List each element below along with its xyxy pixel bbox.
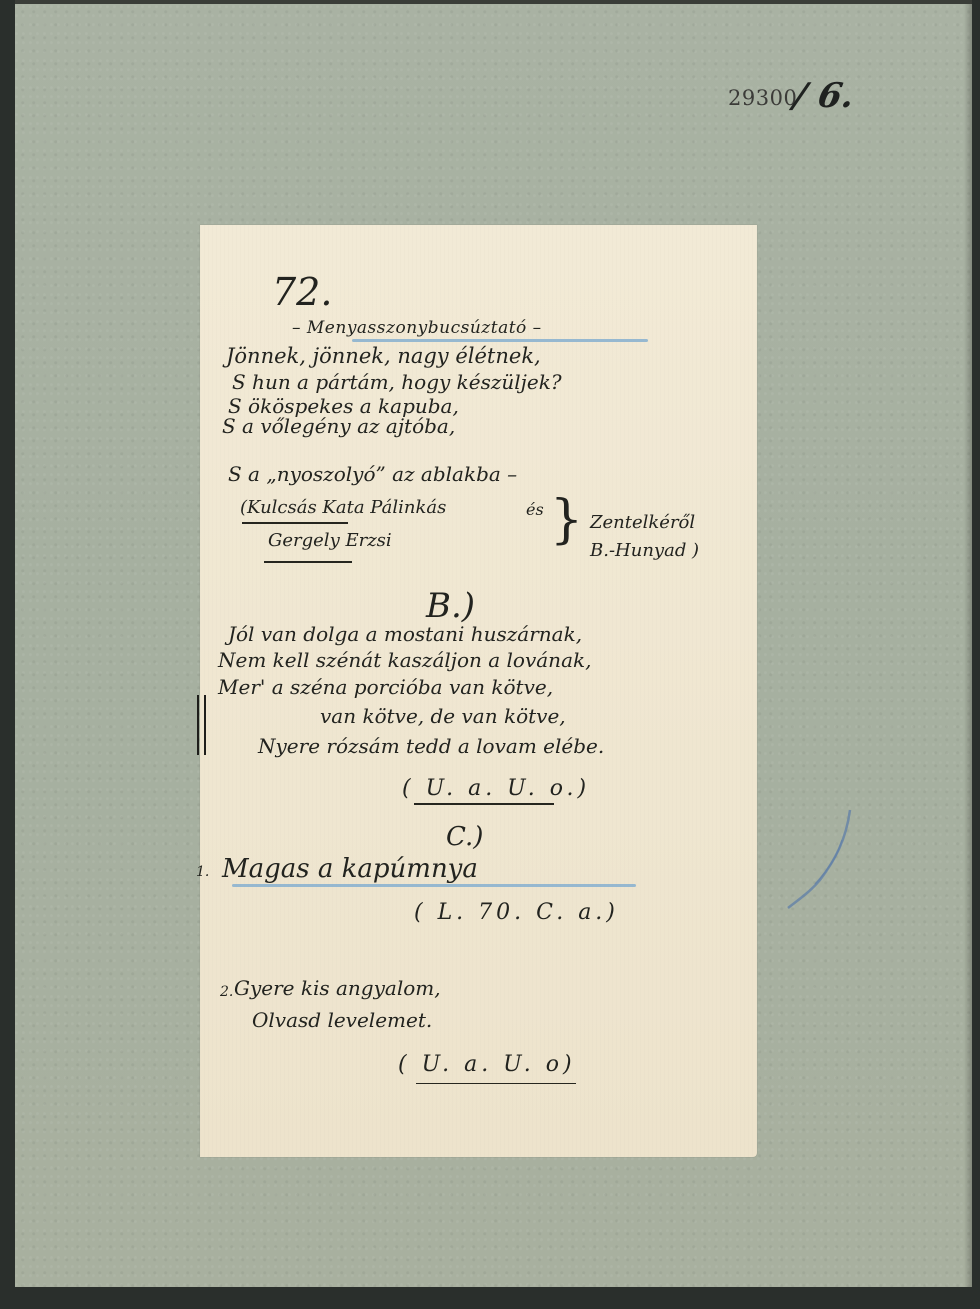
item-1-reference: ( L. 70. C. a.) — [414, 900, 619, 925]
section-a-title: – Menyasszonybucsúztató – — [292, 318, 542, 338]
verse-line: van kötve, de van kötve, — [320, 704, 566, 728]
verse-line: Nyere rózsám tedd a lovam elébe. — [258, 734, 604, 758]
repeat-mark-bar — [197, 695, 199, 755]
source-conjunction: és — [526, 500, 544, 519]
section-b-source-underline — [414, 803, 554, 805]
verse-line: S a „nyoszolyó” az ablakba – — [228, 462, 517, 486]
source-informant-2: Gergely Erzsi — [268, 530, 392, 551]
item-1-blue-underline — [232, 884, 636, 887]
catalog-number-suffix: / 6. — [790, 76, 857, 116]
item-2-line-1: Gyere kis angyalom, — [234, 976, 441, 1000]
item-1-title: Magas a kapúmnya — [222, 854, 478, 884]
section-c-label: C.) — [446, 822, 483, 852]
item-2-source-underline — [416, 1083, 576, 1084]
item-2-source: ( U. a. U. o) — [398, 1052, 576, 1077]
section-b-source: ( U. a. U. o.) — [402, 776, 590, 801]
catalog-number-stamp: 29300 — [728, 86, 797, 110]
section-b-label: B.) — [426, 586, 475, 626]
verse-line: S hun a pártám, hogy készüljek? — [232, 370, 562, 394]
verse-line: Mer' a széna porcióba van kötve, — [218, 675, 553, 699]
title-blue-underline — [352, 339, 648, 342]
verse-line: Jönnek, jönnek, nagy élétnek, — [226, 344, 541, 368]
item-2-line-2: Olvasd levelemet. — [252, 1008, 432, 1032]
source-informant-1: (Kulcsás Kata Pálinkás — [240, 497, 446, 518]
source-place-2: B.-Hunyad ) — [590, 540, 699, 561]
verse-line: Nem kell szénát kaszáljon a lovának, — [218, 648, 591, 672]
board-edge-shadow — [964, 4, 972, 1287]
section-number: 72. — [272, 270, 332, 314]
source-place-1: Zentelkéről — [590, 512, 695, 533]
verse-line: Jól van dolga a mostani huszárnak, — [228, 622, 582, 646]
informant-2-underline — [264, 561, 352, 563]
item-2-number: 2. — [220, 984, 233, 1000]
source-brace: } — [550, 494, 583, 546]
item-1-number: 1. — [196, 864, 209, 880]
blue-pencil-mark — [780, 800, 870, 920]
verse-line: S a vőlegény az ajtóba, — [222, 414, 455, 438]
repeat-mark-bar — [204, 695, 206, 755]
informant-1-underline — [242, 522, 348, 524]
